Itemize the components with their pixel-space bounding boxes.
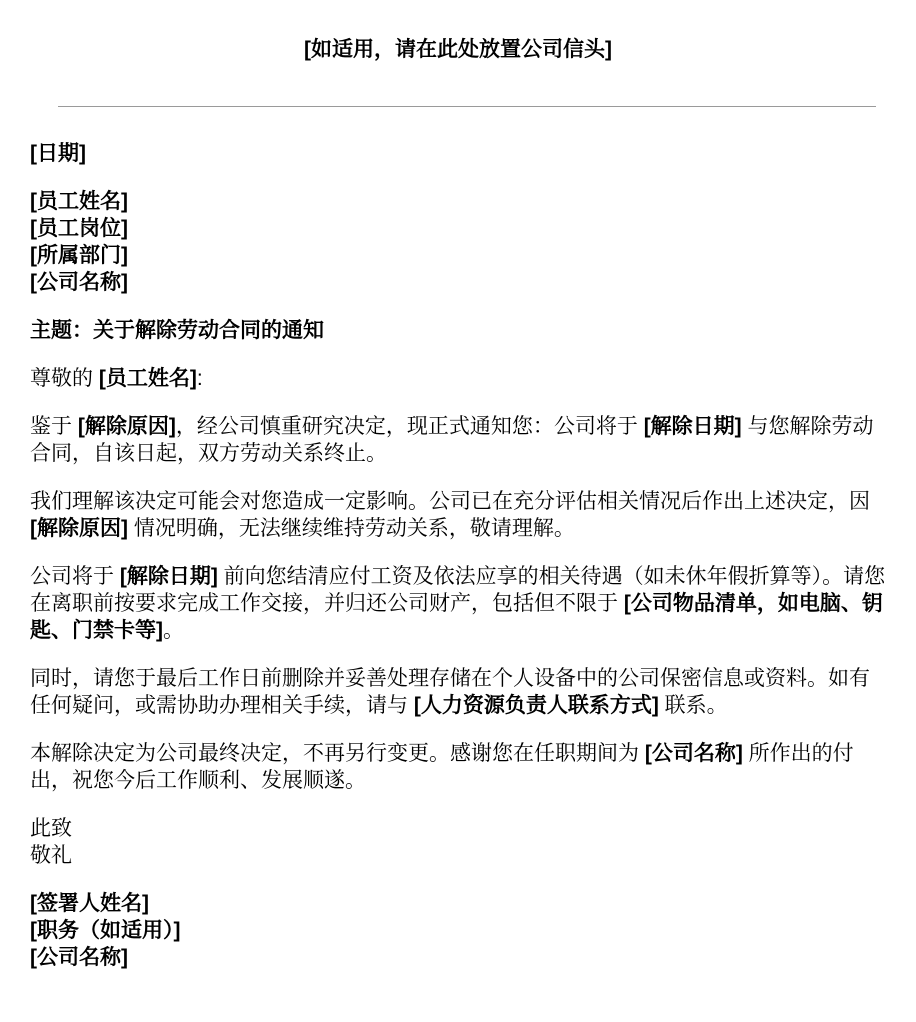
hr-contact-placeholder: [人力资源负责人联系方式] bbox=[414, 694, 659, 717]
termination-reason-placeholder: [解除原因] bbox=[30, 517, 128, 540]
termination-date-placeholder: [解除日期] bbox=[120, 565, 218, 588]
employee-name-placeholder: [员工姓名] bbox=[99, 367, 197, 390]
divider bbox=[58, 106, 876, 107]
letterhead-placeholder: [如适用，请在此处放置公司信头] bbox=[30, 36, 886, 63]
paragraph-text: 公司将于 bbox=[30, 565, 120, 588]
recipient-name-line: [员工姓名] bbox=[30, 188, 886, 215]
closing-phrase: 此致 敬礼 bbox=[30, 815, 886, 869]
paragraph-text: 。 bbox=[163, 619, 184, 642]
body-paragraph-understanding: 我们理解该决定可能会对您造成一定影响。公司已在充分评估相关情况后作出上述决定，因… bbox=[30, 488, 886, 542]
body-paragraph-termination-notice: 鉴于 [解除原因]，经公司慎重研究决定，现正式通知您：公司将于 [解除日期] 与… bbox=[30, 413, 886, 467]
body-paragraph-settlement: 公司将于 [解除日期] 前向您结清应付工资及依法应享的相关待遇（如未休年假折算等… bbox=[30, 563, 886, 644]
termination-date-placeholder: [解除日期] bbox=[644, 415, 742, 438]
body-paragraph-final-decision: 本解除决定为公司最终决定，不再另行变更。感谢您在任职期间为 [公司名称] 所作出… bbox=[30, 740, 886, 794]
paragraph-text: 情况明确，无法继续维持劳动关系，敬请理解。 bbox=[128, 517, 575, 540]
paragraph-text: 鉴于 bbox=[30, 415, 78, 438]
subject-line: 主题：关于解除劳动合同的通知 bbox=[30, 317, 886, 344]
signer-company-placeholder: [公司名称] bbox=[30, 944, 886, 971]
company-name-placeholder: [公司名称] bbox=[645, 742, 743, 765]
recipient-department-line: [所属部门] bbox=[30, 242, 886, 269]
signer-title-placeholder: [职务（如适用）] bbox=[30, 917, 886, 944]
salutation-colon: : bbox=[197, 367, 203, 390]
paragraph-text: 本解除决定为公司最终决定，不再另行变更。感谢您在任职期间为 bbox=[30, 742, 645, 765]
recipient-title-line: [员工岗位] bbox=[30, 215, 886, 242]
document-page: [如适用，请在此处放置公司信头] [日期] [员工姓名] [员工岗位] [所属部… bbox=[0, 0, 916, 1022]
signer-name-placeholder: [签署人姓名] bbox=[30, 890, 886, 917]
paragraph-text: 我们理解该决定可能会对您造成一定影响。公司已在充分评估相关情况后作出上述决定，因 bbox=[30, 490, 870, 513]
paragraph-text: 联系。 bbox=[659, 694, 728, 717]
date-line: [日期] bbox=[30, 140, 886, 167]
termination-reason-placeholder: [解除原因] bbox=[78, 415, 176, 438]
recipient-block: [员工姓名] [员工岗位] [所属部门] [公司名称] bbox=[30, 188, 886, 296]
closing-cizhi: 此致 bbox=[30, 815, 886, 842]
signature-block: [签署人姓名] [职务（如适用）] [公司名称] bbox=[30, 890, 886, 971]
closing-jingli: 敬礼 bbox=[30, 842, 886, 869]
salutation: 尊敬的 [员工姓名]: bbox=[30, 365, 886, 392]
salutation-prefix: 尊敬的 bbox=[30, 367, 99, 390]
body-paragraph-confidentiality: 同时，请您于最后工作日前删除并妥善处理存储在个人设备中的公司保密信息或资料。如有… bbox=[30, 665, 886, 719]
recipient-company-line: [公司名称] bbox=[30, 269, 886, 296]
paragraph-text: ，经公司慎重研究决定，现正式通知您：公司将于 bbox=[176, 415, 644, 438]
